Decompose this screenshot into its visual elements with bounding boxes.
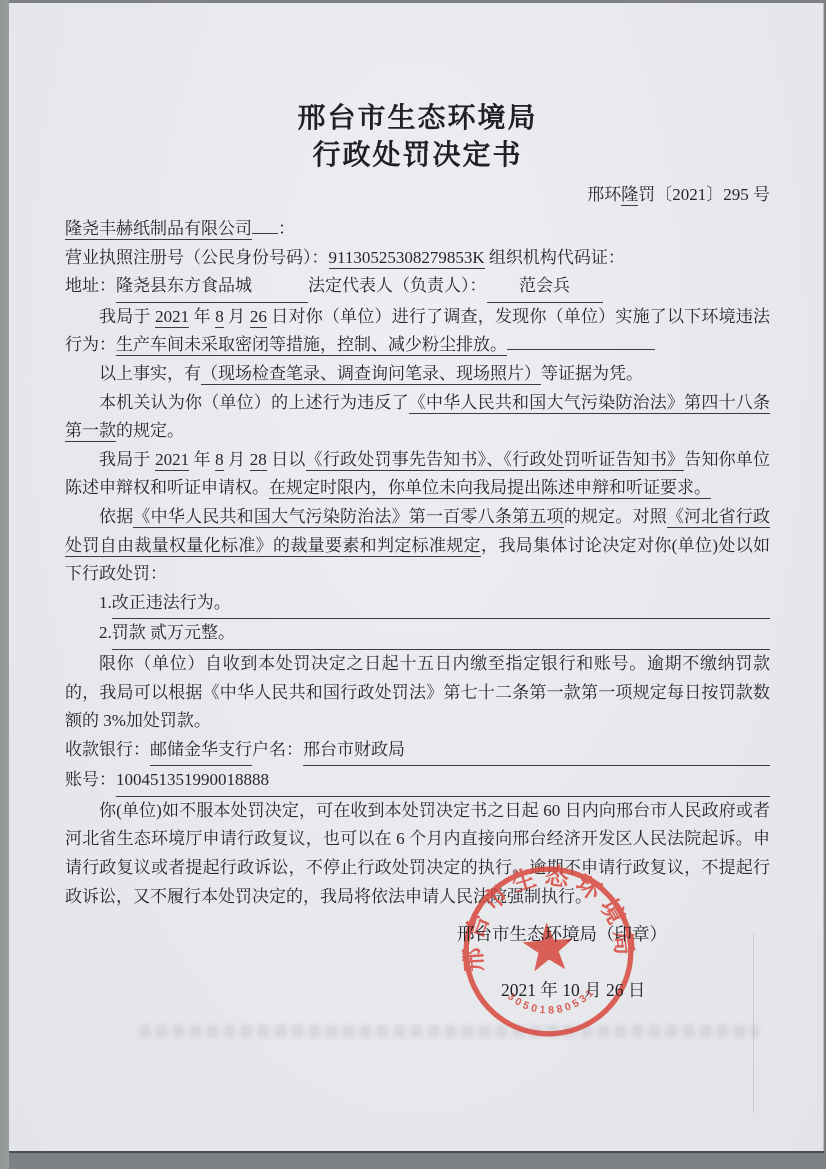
text-segment: ： xyxy=(278,219,295,238)
address-legal-rep-line: 地址：隆尧县东方食品城法定代表人（负责人）：范会兵 xyxy=(65,272,770,303)
account-line: 账号：100451351990018888 xyxy=(65,766,770,797)
underlined-text: 隆尧县东方食品城 xyxy=(116,272,308,303)
investigation-paragraph: 我局于 2021 年 8 月 26 日对你（单位）进行了调查，发现你（单位）实施… xyxy=(65,303,770,360)
underlined-text xyxy=(235,619,770,650)
appeal-rights-paragraph: 你(单位)如不服本处罚决定，可在收到本处罚决定书之日起 60 日内向邢台市人民政… xyxy=(65,797,770,911)
text-segment: 日以 xyxy=(267,450,306,469)
text-segment: 本机关认为你（单位）的上述行为违反了 xyxy=(99,393,409,412)
paper-fold-artifact xyxy=(753,933,754,1113)
document-content: 邢台市生态环境局 行政处罚决定书 邢环隆罚〔2021〕295 号 隆尧丰赫纸制品… xyxy=(65,3,770,911)
text-segment: 限你（单位）自收到本处罚决定之日起十五日内缴至指定银行和账号。逾期不缴纳罚款的，… xyxy=(65,654,770,730)
underlined-text: 《中华人民共和国大气污染防治法》第一百零八条第五项 xyxy=(133,507,563,528)
underlined-text: 100451351990018888 xyxy=(116,766,269,797)
underlined-text xyxy=(231,589,770,620)
document-type-title: 行政处罚决定书 xyxy=(65,136,770,173)
penalty-item-1: 1. 改正违法行为。 xyxy=(65,589,770,620)
text-segment: 组织机构代码证： xyxy=(485,248,625,267)
underlined-text: 2021 xyxy=(155,307,189,328)
underlined-text: 邢台市财政局 xyxy=(303,736,405,767)
text-segment: 地址： xyxy=(65,272,116,301)
official-red-seal: 邢台市生态环境局 1305018805313 xyxy=(454,857,643,1046)
text-segment: 依据 xyxy=(99,507,133,526)
text-segment: 以上事实，有 xyxy=(99,364,201,383)
underlined-text: 8 xyxy=(215,307,224,328)
underlined-text: 改正违法行为。 xyxy=(112,589,231,620)
underlined-text: 隆尧丰赫纸制品有限公司 xyxy=(65,219,252,240)
penalty-item-2: 2. 罚款 贰万元整。 xyxy=(65,619,770,650)
text-segment: 年 xyxy=(189,450,215,469)
text-segment: 月 xyxy=(224,307,250,326)
text-segment: 邢环 xyxy=(587,185,621,204)
text-segment: 的规定。对照 xyxy=(564,507,667,526)
document-number: 邢环隆罚〔2021〕295 号 xyxy=(65,182,770,208)
underlined-text: 2021 xyxy=(155,450,189,471)
underlined-text: 罚款 贰万元整。 xyxy=(112,619,235,650)
text-segment: 你(单位)如不服本处罚决定，可在收到本处罚决定书之日起 60 日内向邢台市人民政… xyxy=(65,801,770,906)
bleedthrough-text-artifact xyxy=(139,1025,759,1038)
text-segment: 月 xyxy=(224,450,250,469)
text-segment: 等证据为凭。 xyxy=(541,364,643,383)
payment-terms-paragraph: 限你（单位）自收到本处罚决定之日起十五日内缴至指定银行和账号。逾期不缴纳罚款的，… xyxy=(65,650,770,736)
document-title: 邢台市生态环境局 行政处罚决定书 xyxy=(65,99,770,173)
signature-date-line: 2021 年 10 月 26 日 xyxy=(501,977,645,1002)
text-segment: 的规定。 xyxy=(116,421,184,440)
issuing-authority-title: 邢台市生态环境局 xyxy=(65,99,770,136)
underlined-text xyxy=(252,215,278,234)
underlined-text xyxy=(405,736,770,767)
text-segment: 1. xyxy=(99,589,112,618)
underlined-text: 生产车间未采取密闭等措施，控制、减少粉尘排放。 xyxy=(116,335,507,356)
signature-authority-line: 邢台市生态环境局（印章） xyxy=(457,921,667,946)
scanned-document: { "scan": { "paper_color": "#e9eaee", "e… xyxy=(0,0,826,1169)
underlined-text: 8 xyxy=(215,450,224,471)
bank-line: 收款银行：邮储金华支行户名：邢台市财政局 xyxy=(65,736,770,767)
legal-basis-paragraph: 依据《中华人民共和国大气污染防治法》第一百零八条第五项的规定。对照《河北省行政处… xyxy=(65,503,770,589)
text-segment: 罚〔2021〕295 号 xyxy=(638,185,770,204)
text-segment: 2. xyxy=(99,619,112,648)
underlined-text: 91130525308279853K xyxy=(329,248,485,269)
underlined-text: （现场检查笔录、调查询问笔录、现场照片） xyxy=(201,364,541,385)
underlined-text: 《行政处罚事先告知书》、《行政处罚听证告知书》 xyxy=(306,450,685,471)
underlined-text: 28 xyxy=(250,450,267,471)
underlined-text: 隆 xyxy=(621,185,638,206)
addressee-line: 隆尧丰赫纸制品有限公司： xyxy=(65,215,770,244)
text-segment: 年 xyxy=(189,307,215,326)
underlined-text: 在规定时限内，你单位未向我局提出陈述申辩和听证要求。 xyxy=(269,478,711,499)
evidence-paragraph: 以上事实，有（现场检查笔录、调查询问笔录、现场照片）等证据为凭。 xyxy=(65,360,770,389)
underlined-text xyxy=(269,766,770,797)
underlined-text: 邮储金华支行 xyxy=(150,736,252,767)
violation-paragraph: 本机关认为你（单位）的上述行为违反了《中华人民共和国大气污染防治法》第四十八条第… xyxy=(65,389,770,446)
license-line: 营业执照注册号（公民身份号码）：91130525308279853K 组织机构代… xyxy=(65,244,770,273)
scanned-page: 邢台市生态环境局 行政处罚决定书 邢环隆罚〔2021〕295 号 隆尧丰赫纸制品… xyxy=(9,3,824,1153)
text-segment: 法定代表人（负责人）： xyxy=(308,272,487,301)
text-segment: 我局于 xyxy=(99,450,155,469)
text-segment: 账号： xyxy=(65,766,116,795)
notification-paragraph: 我局于 2021 年 8 月 28 日以《行政处罚事先告知书》、《行政处罚听证告… xyxy=(65,446,770,503)
text-segment: 营业执照注册号（公民身份号码）： xyxy=(65,248,329,267)
underlined-text xyxy=(507,331,655,350)
text-segment: 户名： xyxy=(252,736,303,765)
underlined-text: 26 xyxy=(250,307,267,328)
text-segment: 收款银行： xyxy=(65,736,150,765)
underlined-text: 范会兵 xyxy=(487,272,603,303)
text-segment: 我局于 xyxy=(99,307,155,326)
document-body: 隆尧丰赫纸制品有限公司：营业执照注册号（公民身份号码）：911305253082… xyxy=(65,215,770,911)
